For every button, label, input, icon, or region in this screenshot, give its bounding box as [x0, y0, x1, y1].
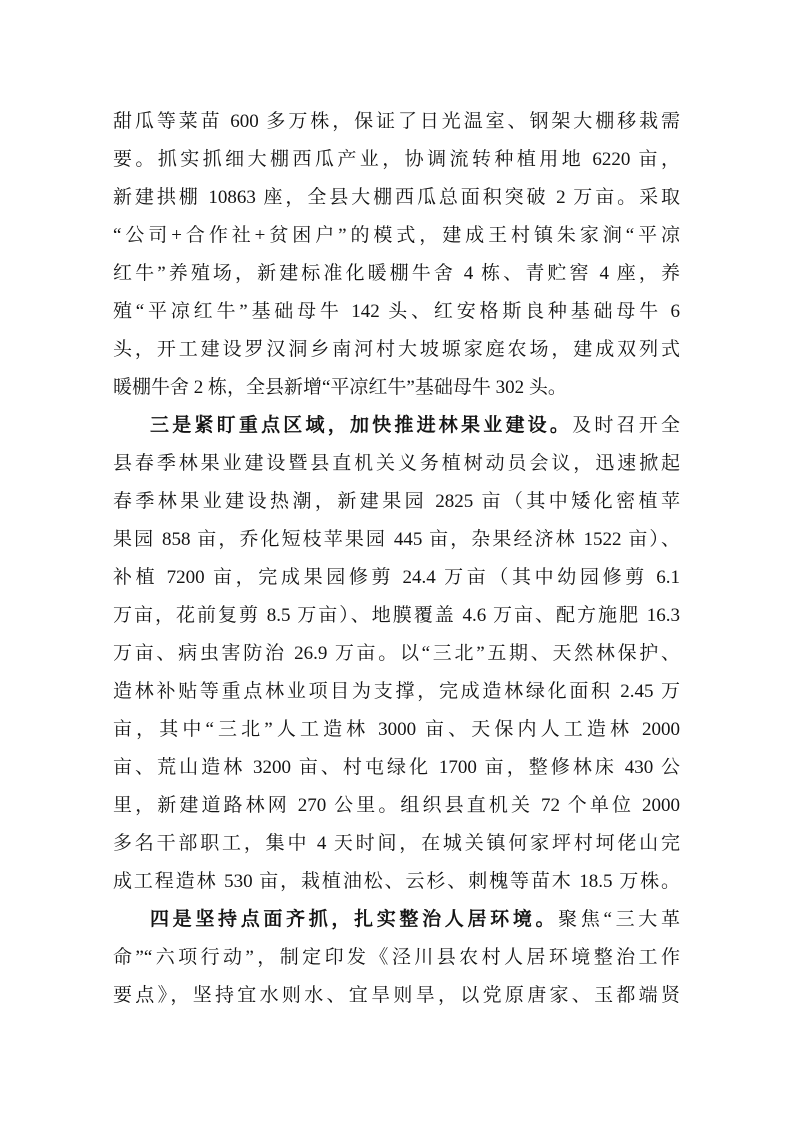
heading-bold-text: 三是紧盯重点区域，加快推进林果业建设。	[150, 415, 572, 436]
text-line: 果园 858 亩，乔化短枝苹果园 445 亩，杂果经济林 1522 亩）、	[113, 521, 680, 559]
text-line: 造林补贴等重点林业项目为支撑，完成造林绿化面积 2.45 万	[113, 673, 680, 711]
paragraph-heading-line: 四是坚持点面齐抓，扎实整治人居环境。聚焦“三大革	[113, 901, 680, 939]
text-line: 要点》，坚持宜水则水、宜旱则旱，以党原唐家、玉都端贤	[113, 977, 680, 1015]
heading-bold-text: 四是坚持点面齐抓，扎实整治人居环境。	[150, 909, 558, 930]
text-block: 甜瓜等菜苗 600 多万株，保证了日光温室、钢架大棚移栽需 要。抓实抓细大棚西瓜…	[113, 103, 680, 1015]
text-line: 新建拱棚 10863 座，全县大棚西瓜总面积突破 2 万亩。采取	[113, 179, 680, 217]
document-page: 甜瓜等菜苗 600 多万株，保证了日光温室、钢架大棚移栽需 要。抓实抓细大棚西瓜…	[0, 0, 793, 1122]
text-line: 县春季林果业建设暨县直机关义务植树动员会议，迅速掀起	[113, 445, 680, 483]
text-line: 多名干部职工，集中 4 天时间，在城关镇何家坪村坷佬山完	[113, 825, 680, 863]
text-line: 补植 7200 亩，完成果园修剪 24.4 万亩（其中幼园修剪 6.1	[113, 559, 680, 597]
text-line: 万亩，花前复剪 8.5 万亩）、地膜覆盖 4.6 万亩、配方施肥 16.3	[113, 597, 680, 635]
text-line: 甜瓜等菜苗 600 多万株，保证了日光温室、钢架大棚移栽需	[113, 103, 680, 141]
paragraph-heading-line: 三是紧盯重点区域，加快推进林果业建设。及时召开全	[113, 407, 680, 445]
text-line: 殖“平凉红牛”基础母牛 142 头、红安格斯良种基础母牛 6	[113, 293, 680, 331]
text-line-paragraph-end: 暖棚牛舍 2 栋，全县新增“平凉红牛”基础母牛 302 头。	[113, 369, 680, 407]
text-line: 命”“六项行动”，制定印发《泾川县农村人居环境整治工作	[113, 939, 680, 977]
heading-body-text: 及时召开全	[572, 415, 680, 436]
text-line: 要。抓实抓细大棚西瓜产业，协调流转种植用地 6220 亩，	[113, 141, 680, 179]
text-line: 头，开工建设罗汉洞乡南河村大坡塬家庭农场，建成双列式	[113, 331, 680, 369]
text-line: 万亩、病虫害防治 26.9 万亩。以“三北”五期、天然林保护、	[113, 635, 680, 673]
text-line: 里，新建道路林网 270 公里。组织县直机关 72 个单位 2000	[113, 787, 680, 825]
text-line: 亩，其中“三北”人工造林 3000 亩、天保内人工造林 2000	[113, 711, 680, 749]
text-line-paragraph-end: 成工程造林 530 亩，栽植油松、云杉、刺槐等苗木 18.5 万株。	[113, 863, 680, 901]
text-line: “公司+合作社+贫困户”的模式，建成王村镇朱家涧“平凉	[113, 217, 680, 255]
text-line: 红牛”养殖场，新建标准化暖棚牛舍 4 栋、青贮窖 4 座，养	[113, 255, 680, 293]
text-line: 亩、荒山造林 3200 亩、村屯绿化 1700 亩，整修林床 430 公	[113, 749, 680, 787]
text-line: 春季林果业建设热潮，新建果园 2825 亩（其中矮化密植苹	[113, 483, 680, 521]
heading-body-text: 聚焦“三大革	[558, 909, 680, 930]
